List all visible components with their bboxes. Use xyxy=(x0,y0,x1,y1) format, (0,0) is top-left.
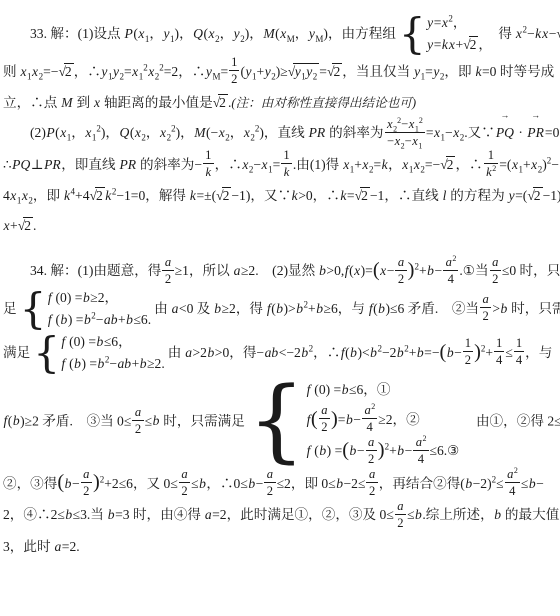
left-brace-icon: { xyxy=(33,335,60,371)
square-root: √2 xyxy=(556,19,560,49)
subscript: 2 xyxy=(420,165,425,175)
fraction: a24 xyxy=(413,435,428,466)
text-line-11: f(b)≥2 矛盾. ③当 0≤a2≤b 时，只需满足{f (0) =b≤6，①… xyxy=(3,376,557,469)
math-variable: y xyxy=(101,64,108,79)
math-variable: PR xyxy=(44,157,62,172)
subscript: M xyxy=(315,34,323,44)
math-variable: b xyxy=(12,413,20,428)
math-variable: l xyxy=(442,188,447,203)
math-variable: a xyxy=(415,435,422,449)
text-line-9: 足{f (0) =b≥2，f (b) =b2−ab+b≤6.由 a<0 及 b≥… xyxy=(3,288,557,332)
square-root: √2 xyxy=(58,57,73,87)
math-variable: b xyxy=(350,345,358,360)
square-root: √2 xyxy=(440,150,455,180)
math-variable: b xyxy=(319,263,327,278)
subscript: 2 xyxy=(28,196,33,206)
math-variable: x xyxy=(85,125,92,140)
superscript: 2 xyxy=(309,343,314,353)
cases-row: y=kx+√2， xyxy=(427,34,492,56)
math-variable: b xyxy=(199,476,207,491)
square-root: √2 xyxy=(463,34,478,56)
math-variable: f xyxy=(306,443,311,458)
cases-row: f (0) =b≤6， xyxy=(61,331,165,353)
fraction: a2 xyxy=(132,405,143,436)
math-variable: a xyxy=(368,467,375,481)
math-variable: x xyxy=(242,157,249,172)
subscript: 2 xyxy=(240,34,245,44)
subscript: 2 xyxy=(39,72,44,82)
math-variable: a xyxy=(397,255,404,269)
math-variable: k xyxy=(105,188,112,203)
subscript: 2 xyxy=(225,133,230,143)
math-variable: b xyxy=(248,476,256,491)
math-variable: Q xyxy=(119,125,130,140)
math-variable: k xyxy=(63,188,70,203)
subscript: 2 xyxy=(155,72,160,82)
cases-system: {f (0) =b≤6，①f(a2)=b−a24≥2，②f (b) =(b−a2… xyxy=(248,375,460,468)
math-variable: a xyxy=(164,255,171,269)
subscript: 1 xyxy=(268,165,273,175)
vector: →PQ xyxy=(496,118,514,148)
math-variable: f xyxy=(47,312,52,327)
superscript: 2 xyxy=(112,187,117,197)
subscript: 2 xyxy=(440,72,445,82)
subscript: 1 xyxy=(252,72,257,82)
math-variable: a xyxy=(321,403,328,417)
square-root: √2 xyxy=(216,181,231,211)
big-paren: ( xyxy=(342,439,349,461)
math-variable: P xyxy=(46,125,55,140)
fraction: a2 xyxy=(264,467,275,498)
cases-row: f (b) =(b−a2)2+b−a24≤6.③ xyxy=(306,436,459,467)
solution-lines: 33. 解：(1)设点 P(x1，y1)，Q(x2，y2)，M(xM，yM)，由… xyxy=(0,0,560,562)
math-variable: x xyxy=(3,218,10,233)
text-line-2: 则 x1x2=−√2，∴y1y2=x12x22=2，∴yM=12(y1+y2)≥… xyxy=(3,57,557,88)
math-variable: b xyxy=(316,301,324,316)
big-paren: ( xyxy=(373,259,380,281)
radical-icon: √ xyxy=(556,19,560,49)
square-root: √2 xyxy=(327,57,342,87)
superscript: 2 xyxy=(385,442,390,452)
vector: →PR xyxy=(527,118,544,148)
math-variable: b xyxy=(296,301,304,316)
math-variable: y xyxy=(427,15,434,30)
subscript: M xyxy=(212,72,220,82)
fraction: a24 xyxy=(362,403,377,434)
math-variable: f xyxy=(368,301,373,316)
subscript: 1 xyxy=(67,133,72,143)
math-variable: b xyxy=(64,476,72,491)
math-variable: a xyxy=(368,435,375,449)
math-variable: b xyxy=(494,507,502,522)
math-variable: PR xyxy=(308,125,326,140)
math-variable: b xyxy=(345,412,353,427)
subscript: 2 xyxy=(313,72,318,82)
superscript: 2 xyxy=(492,474,497,484)
math-variable: k xyxy=(340,188,347,203)
math-variable: x xyxy=(433,125,440,140)
square-root: √2 xyxy=(18,211,33,241)
math-variable: f xyxy=(340,345,345,360)
math-variable: x xyxy=(380,263,387,278)
math-variable: b xyxy=(60,312,68,327)
math-variable: x xyxy=(394,134,401,148)
big-paren: ) xyxy=(408,259,415,281)
superscript: 2 xyxy=(171,124,176,134)
subscript: 2 xyxy=(215,34,220,44)
math-variable: x xyxy=(448,37,455,52)
text-line-7: x+√2. xyxy=(3,211,557,241)
math-variable: a xyxy=(233,263,241,278)
big-paren: ) xyxy=(378,439,385,461)
fraction: a2 xyxy=(395,499,406,530)
math-variable: f xyxy=(47,290,52,305)
math-variable: k xyxy=(535,26,542,41)
math-variable: a xyxy=(492,255,499,269)
fraction: a24 xyxy=(505,467,520,498)
math-variable: a xyxy=(181,467,188,481)
fraction: 14 xyxy=(494,336,504,367)
math-variable: f xyxy=(3,413,8,428)
math-variable: b xyxy=(341,382,349,397)
subscript: 2 xyxy=(271,72,276,82)
math-variable: PQ xyxy=(12,157,31,172)
math-variable: k xyxy=(291,188,298,203)
subscript: 1 xyxy=(421,72,426,82)
math-variable: b xyxy=(65,507,73,522)
big-paren: ( xyxy=(440,341,447,363)
cases-system: {f (0) =b≥2，f (b) =b2−ab+b≤6. xyxy=(20,287,152,331)
fraction: a2 xyxy=(490,255,501,286)
fraction: 1k xyxy=(203,148,214,179)
subscript: 1 xyxy=(350,165,355,175)
superscript: 2 xyxy=(304,299,309,309)
math-variable: k xyxy=(189,188,196,203)
left-brace-icon: { xyxy=(20,291,47,327)
subscript: 1 xyxy=(27,72,32,82)
text-line-1: 33. 解：(1)设点 P(x1，y1)，Q(x2，y2)，M(xM，yM)，由… xyxy=(3,13,557,57)
subscript: 1 xyxy=(519,165,524,175)
math-variable: x xyxy=(148,64,155,79)
math-variable: y xyxy=(245,64,252,79)
subscript: 2 xyxy=(393,124,397,133)
subscript: 2 xyxy=(369,165,374,175)
vector-arrow-icon: → xyxy=(496,111,514,120)
subscript: 2 xyxy=(538,165,543,175)
superscript: 2 xyxy=(397,116,401,125)
math-variable: a xyxy=(185,345,193,360)
superscript: 2 xyxy=(371,402,375,411)
cases-system: {f (0) =b≤6，f (b) =b2−ab+b≥2. xyxy=(33,331,165,375)
cases-system: {y=x2，y=kx+√2， xyxy=(399,12,492,56)
superscript: 2 xyxy=(522,25,527,35)
text-line-14: 3，此时 a=2. xyxy=(3,532,557,562)
math-variable: x xyxy=(20,64,27,79)
math-variable: b xyxy=(336,476,344,491)
fraction: a2 xyxy=(81,467,92,498)
vector-arrow-icon: → xyxy=(527,111,544,120)
math-variable: b xyxy=(397,443,405,458)
superscript: 2 xyxy=(105,354,110,364)
fraction: a2 xyxy=(366,467,377,498)
math-variable: x xyxy=(362,157,369,172)
big-paren: ) xyxy=(474,341,481,363)
big-paren: ) xyxy=(93,471,100,493)
fraction: a2 xyxy=(319,403,330,434)
math-variable: f xyxy=(61,334,66,349)
superscript: 2 xyxy=(404,343,409,353)
subscript: 2 xyxy=(250,133,255,143)
fraction: a2 xyxy=(480,292,491,323)
fraction: a2 xyxy=(179,467,190,498)
math-variable: a xyxy=(54,539,62,554)
math-variable: x xyxy=(408,117,415,131)
math-variable: b xyxy=(416,345,424,360)
math-variable: k xyxy=(205,165,212,179)
math-variable: b xyxy=(97,356,105,371)
math-variable: k xyxy=(283,165,290,179)
subscript: 1 xyxy=(170,34,175,44)
math-variable: a xyxy=(171,301,179,316)
math-variable: b xyxy=(82,290,90,305)
square-root: √2 xyxy=(213,88,228,118)
math-variable: M xyxy=(263,26,275,41)
math-variable: y xyxy=(433,64,440,79)
math-variable: M xyxy=(61,95,73,110)
subscript: 2 xyxy=(249,165,254,175)
superscript: 4 xyxy=(71,187,76,197)
math-variable: b xyxy=(349,443,357,458)
superscript: 2 xyxy=(448,13,453,23)
math-variable: x xyxy=(402,157,409,172)
subscript: 1 xyxy=(139,72,144,82)
superscript: 2 xyxy=(100,474,105,484)
math-variable: b xyxy=(214,301,222,316)
superscript: 2 xyxy=(492,164,496,173)
big-paren: ( xyxy=(57,471,64,493)
subscript: 1 xyxy=(441,133,446,143)
math-variable: y xyxy=(163,26,170,41)
math-variable: k xyxy=(475,64,482,79)
math-variable: f xyxy=(61,356,66,371)
math-variable: b xyxy=(126,312,134,327)
superscript: 2 xyxy=(481,343,486,353)
math-variable: b xyxy=(276,301,284,316)
math-variable: x xyxy=(531,157,538,172)
math-variable: y xyxy=(427,37,434,52)
cases-row: f (0) =b≤6，① xyxy=(306,375,459,405)
superscript: 2 xyxy=(96,124,101,134)
cases-row: y=x2， xyxy=(427,12,492,34)
math-variable: x xyxy=(10,188,17,203)
math-variable: b xyxy=(446,345,454,360)
superscript: 2 xyxy=(414,262,419,272)
math-variable: ab xyxy=(117,356,132,371)
math-variable: x xyxy=(132,64,139,79)
math-variable: y xyxy=(306,64,313,79)
math-variable: P xyxy=(124,26,133,41)
cases-row: f (0) =b≥2， xyxy=(47,287,151,309)
math-variable: x xyxy=(32,64,39,79)
superscript: 2 xyxy=(452,254,456,263)
superscript: 2 xyxy=(159,62,164,72)
math-variable: x xyxy=(160,125,167,140)
text-line-6: 4x1x2，即 k4+4√2k2−1=0，解得 k=±(√2−1)，又∵k>0，… xyxy=(3,181,557,211)
fraction: 1k2 xyxy=(484,148,499,179)
math-variable: x xyxy=(138,26,145,41)
fraction: 12 xyxy=(463,336,473,367)
fraction: 1k xyxy=(281,148,292,179)
math-variable: b xyxy=(465,476,473,491)
math-variable: b xyxy=(500,301,508,316)
math-variable: x xyxy=(280,26,287,41)
text-line-5: ∴PQ⊥PR，即直线 PR 的斜率为−1k，∴x2−x1=1k.由(1)得 x1… xyxy=(3,150,557,181)
superscript: 2 xyxy=(255,124,260,134)
math-variable: x xyxy=(60,125,67,140)
square-root: √2 xyxy=(90,181,105,211)
subscript: 2 xyxy=(460,133,465,143)
math-variable: x xyxy=(511,157,518,172)
math-variable: a xyxy=(204,507,212,522)
math-variable: x xyxy=(542,26,549,41)
fraction: x22−x12−x2−x1 xyxy=(385,117,425,148)
left-brace-icon: { xyxy=(399,16,426,52)
subscript: 1 xyxy=(92,133,97,143)
fraction: a24 xyxy=(443,255,458,286)
superscript: 2 xyxy=(91,310,96,320)
math-variable: a xyxy=(83,467,90,481)
cases-row: f(a2)=b−a24≥2，② xyxy=(306,405,459,436)
fraction: 12 xyxy=(229,55,239,86)
text-line-12: ②，③得(b−a2)2+2≤6，又 0≤a2≤b，∴0≤b−a2≤2，即 0≤b… xyxy=(3,469,557,500)
math-variable: b xyxy=(319,443,327,458)
big-paren: ( xyxy=(311,408,318,430)
math-variable: x xyxy=(94,95,101,110)
square-root: √2 xyxy=(355,181,370,211)
superscript: 2 xyxy=(514,466,518,475)
square-root: √2 xyxy=(527,181,542,211)
math-variable: f xyxy=(266,301,271,316)
math-variable: a xyxy=(397,499,404,513)
math-variable: k xyxy=(381,157,388,172)
text-line-13: 2，④∴2≤b≤3.当 b=3 时，由④得 a=2，此时满足①，②，③及 0≤a… xyxy=(3,500,557,531)
text-line-4: (2)P(x1，x12)，Q(x2，x22)，M(−x2，x22)，直线 PR … xyxy=(3,118,557,149)
math-variable: a xyxy=(134,405,141,419)
math-variable: b xyxy=(207,345,215,360)
note-text: (注：由对称性直接得出结论也可) xyxy=(231,96,416,110)
math-variable: ab xyxy=(103,312,118,327)
subscript: 1 xyxy=(418,141,422,150)
math-variable: x xyxy=(354,263,361,278)
cases-row: f (b) =b2−ab+b≥2. xyxy=(61,353,165,375)
subscript: 1 xyxy=(415,124,419,133)
math-variable: b xyxy=(378,301,386,316)
fraction: 14 xyxy=(514,336,524,367)
math-variable: b xyxy=(301,345,309,360)
superscript: 2 xyxy=(419,116,423,125)
fraction: a2 xyxy=(162,255,173,286)
math-variable: ab xyxy=(264,345,279,360)
math-variable: y xyxy=(414,64,421,79)
superscript: 2 xyxy=(377,343,382,353)
math-variable: a xyxy=(482,292,489,306)
math-variable: a xyxy=(507,467,514,481)
math-variable: f xyxy=(344,263,349,278)
math-variable: PR xyxy=(119,157,137,172)
text-line-8: 34. 解：(1)由题意，得a2≥1，所以 a≥2. (2)显然 b>0,f(x… xyxy=(3,256,557,287)
math-variable: b xyxy=(415,507,423,522)
subscript: 1 xyxy=(145,34,150,44)
math-variable: x xyxy=(453,125,460,140)
subscript: M xyxy=(287,34,295,44)
math-variable: Q xyxy=(193,26,204,41)
math-variable: f xyxy=(306,382,311,397)
math-variable: b xyxy=(107,507,115,522)
cases-row: f (b) =b2−ab+b≤6. xyxy=(47,309,151,331)
superscript: 2 xyxy=(547,155,552,165)
math-variable: a xyxy=(266,467,273,481)
math-variable: x xyxy=(343,157,350,172)
math-variable: b xyxy=(74,356,82,371)
math-variable: b xyxy=(528,476,536,491)
math-variable: b xyxy=(96,334,104,349)
math-variable: y xyxy=(508,188,515,203)
math-variable: b xyxy=(152,413,160,428)
subscript: 2 xyxy=(119,72,124,82)
math-variable: b xyxy=(139,356,147,371)
subscript: 2 xyxy=(141,133,146,143)
left-brace-icon: { xyxy=(248,383,305,460)
document-page: 33. 解：(1)设点 P(x1，y1)，Q(x2，y2)，M(xM，yM)，由… xyxy=(0,0,560,616)
math-variable: b xyxy=(427,263,435,278)
subscript: 2 xyxy=(401,141,405,150)
big-paren: ) xyxy=(331,408,338,430)
superscript: 2 xyxy=(423,433,427,442)
text-line-3: 立，∴点 M 到 x 轴距离的最小值是√2.(注：由对称性直接得出结论也可) xyxy=(3,88,557,118)
subscript: 2 xyxy=(167,133,172,143)
math-variable: M xyxy=(194,125,206,140)
square-root: √y1y2 xyxy=(288,57,320,87)
fraction: a2 xyxy=(366,435,377,466)
fraction: a2 xyxy=(395,255,406,286)
